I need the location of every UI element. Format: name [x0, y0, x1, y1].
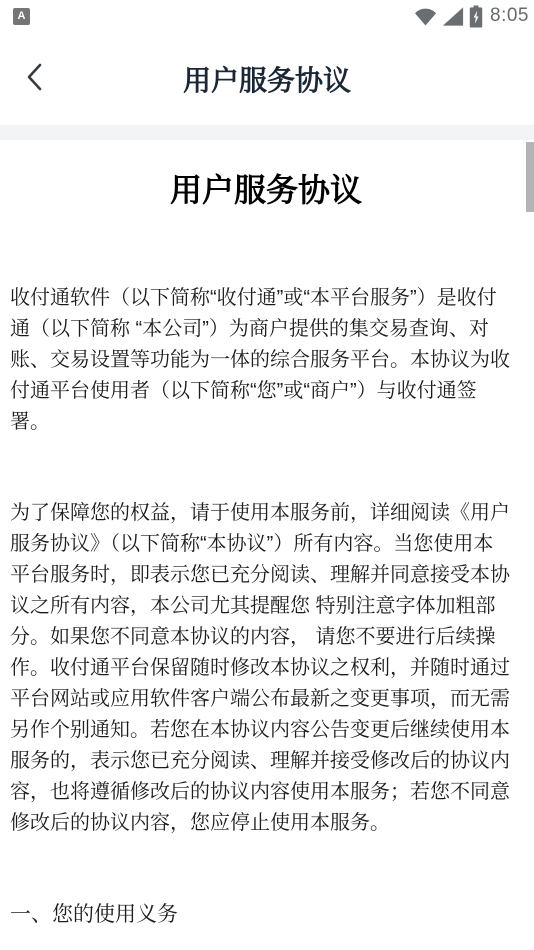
cellular-signal-icon	[442, 7, 464, 26]
battery-charging-icon	[469, 5, 483, 28]
clock-text: 8:05	[490, 5, 529, 27]
status-indicators: 8:05	[414, 5, 529, 28]
document-title: 用户服务协议	[10, 170, 522, 210]
page-title: 用户服务协议	[0, 59, 534, 99]
app-screen: A 8:05	[0, 0, 534, 950]
agreement-content: 用户服务协议 收付通软件（以下简称“收付通”或“本平台服务”）是收付 通（以下简…	[0, 140, 534, 930]
status-bar: A 8:05	[0, 0, 534, 32]
wifi-icon	[414, 7, 437, 26]
notification-app-icon: A	[13, 8, 30, 25]
agreement-paragraph-2: 为了保障您的权益，请于使用本服务前，详细阅读《用户 服务协议》（以下简称“本协议…	[10, 498, 522, 839]
scrollbar-thumb[interactable]	[526, 142, 534, 212]
section-heading-1: 一、您的使用义务	[10, 899, 522, 930]
nav-bar: 用户服务协议	[0, 32, 534, 125]
header-divider	[0, 125, 534, 140]
back-button[interactable]	[14, 58, 56, 100]
chevron-left-icon	[24, 61, 46, 96]
agreement-paragraph-1: 收付通软件（以下简称“收付通”或“本平台服务”）是收付 通（以下简称 “本公司”…	[10, 283, 522, 438]
